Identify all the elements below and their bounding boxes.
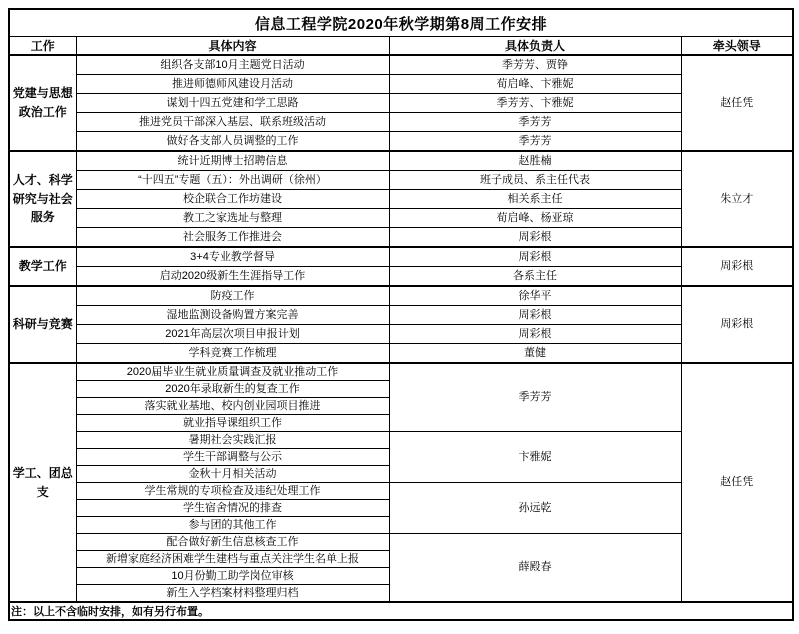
- leader-cell: 周彩根: [681, 247, 793, 286]
- leader-cell: 赵任凭: [681, 55, 793, 151]
- task-content-cell: 防疫工作: [76, 286, 389, 306]
- task-content-cell: 学生常规的专项检查及违纪处理工作: [76, 483, 389, 500]
- task-content-cell: 金秋十月相关活动: [76, 466, 389, 483]
- person-cell: 周彩根: [389, 306, 681, 325]
- table-row: 学科竞赛工作梳理董健: [9, 344, 793, 364]
- person-cell: 季芳芳: [389, 113, 681, 132]
- table-row: 湿地监测设备购置方案完善周彩根: [9, 306, 793, 325]
- table-row: 学生常规的专项检查及违纪处理工作孙远乾: [9, 483, 793, 500]
- person-cell: 徐华平: [389, 286, 681, 306]
- footnote: 注：以上不含临时安排，如有另行布置。: [9, 602, 793, 620]
- table-row: 学工、团总支2020届毕业生就业质量调查及就业推动工作季芳芳赵任凭: [9, 363, 793, 381]
- person-cell: 孙远乾: [389, 483, 681, 534]
- person-cell: 季芳芳: [389, 132, 681, 152]
- task-content-cell: 就业指导课组织工作: [76, 415, 389, 432]
- person-cell: 周彩根: [389, 247, 681, 267]
- task-content-cell: 参与团的其他工作: [76, 517, 389, 534]
- person-cell: 董健: [389, 344, 681, 364]
- table-row: 人才、科学研究与社会服务统计近期博士招聘信息赵胜楠朱立才: [9, 151, 793, 171]
- task-content-cell: 10月份勤工助学岗位审核: [76, 568, 389, 585]
- table-row: 2021年高层次项目申报计划周彩根: [9, 325, 793, 344]
- person-cell: 季芳芳、卞雅妮: [389, 94, 681, 113]
- column-header-person: 具体负责人: [389, 37, 681, 56]
- section-label-cell: 教学工作: [9, 247, 76, 286]
- note-row: 注：以上不含临时安排，如有另行布置。: [9, 602, 793, 620]
- task-content-cell: “十四五”专题（五）：外出调研（徐州）: [76, 171, 389, 190]
- task-content-cell: 新生入学档案材料整理归档: [76, 585, 389, 603]
- person-cell: 相关系主任: [389, 190, 681, 209]
- table-row: 做好各支部人员调整的工作季芳芳: [9, 132, 793, 152]
- table-row: 推进师德师风建设月活动荀启峰、卞雅妮: [9, 75, 793, 94]
- task-content-cell: 2020届毕业生就业质量调查及就业推动工作: [76, 363, 389, 381]
- person-cell: 季芳芳: [389, 363, 681, 432]
- person-cell: 荀启峰、卞雅妮: [389, 75, 681, 94]
- table-row: 教学工作3+4专业教学督导周彩根周彩根: [9, 247, 793, 267]
- task-content-cell: 学生干部调整与公示: [76, 449, 389, 466]
- leader-cell: 周彩根: [681, 286, 793, 363]
- table-row: 科研与竞赛防疫工作徐华平周彩根: [9, 286, 793, 306]
- column-header-content: 具体内容: [76, 37, 389, 56]
- section-label-cell: 人才、科学研究与社会服务: [9, 151, 76, 247]
- table-row: 谋划十四五党建和学工思路季芳芳、卞雅妮: [9, 94, 793, 113]
- table-row: “十四五”专题（五）：外出调研（徐州）班子成员、系主任代表: [9, 171, 793, 190]
- task-content-cell: 暑期社会实践汇报: [76, 432, 389, 449]
- task-content-cell: 社会服务工作推进会: [76, 228, 389, 248]
- task-content-cell: 组织各支部10月主题党日活动: [76, 55, 389, 75]
- table-row: 推进党员干部深入基层、联系班级活动季芳芳: [9, 113, 793, 132]
- task-content-cell: 学生宿舍情况的排查: [76, 500, 389, 517]
- person-cell: 赵胜楠: [389, 151, 681, 171]
- task-content-cell: 2021年高层次项目申报计划: [76, 325, 389, 344]
- table-title: 信息工程学院2020年秋学期第8周工作安排: [9, 9, 793, 37]
- task-content-cell: 3+4专业教学督导: [76, 247, 389, 267]
- task-content-cell: 做好各支部人员调整的工作: [76, 132, 389, 152]
- section-label-cell: 科研与竞赛: [9, 286, 76, 363]
- table-row: 配合做好新生信息核查工作薛殿春: [9, 534, 793, 551]
- person-cell: 卞雅妮: [389, 432, 681, 483]
- task-content-cell: 启动2020级新生生涯指导工作: [76, 267, 389, 287]
- leader-cell: 朱立才: [681, 151, 793, 247]
- section-label-cell: 党建与思想政治工作: [9, 55, 76, 151]
- table-row: 教工之家选址与整理荀启峰、杨亚琼: [9, 209, 793, 228]
- task-content-cell: 教工之家选址与整理: [76, 209, 389, 228]
- column-header-row: 工作 具体内容 具体负责人 牵头领导: [9, 37, 793, 56]
- task-content-cell: 新增家庭经济困难学生建档与重点关注学生名单上报: [76, 551, 389, 568]
- person-cell: 薛殿春: [389, 534, 681, 603]
- person-cell: 班子成员、系主任代表: [389, 171, 681, 190]
- table-row: 党建与思想政治工作组织各支部10月主题党日活动季芳芳、贾铮赵任凭: [9, 55, 793, 75]
- person-cell: 荀启峰、杨亚琼: [389, 209, 681, 228]
- person-cell: 各系主任: [389, 267, 681, 287]
- table-row: 校企联合工作坊建设相关系主任: [9, 190, 793, 209]
- task-content-cell: 落实就业基地、校内创业园项目推进: [76, 398, 389, 415]
- work-schedule-table: 信息工程学院2020年秋学期第8周工作安排 工作 具体内容 具体负责人 牵头领导…: [8, 8, 794, 621]
- person-cell: 季芳芳、贾铮: [389, 55, 681, 75]
- task-content-cell: 统计近期博士招聘信息: [76, 151, 389, 171]
- column-header-work: 工作: [9, 37, 76, 56]
- table-body: 党建与思想政治工作组织各支部10月主题党日活动季芳芳、贾铮赵任凭推进师德师风建设…: [9, 55, 793, 602]
- table-row: 暑期社会实践汇报卞雅妮: [9, 432, 793, 449]
- table-row: 启动2020级新生生涯指导工作各系主任: [9, 267, 793, 287]
- title-row: 信息工程学院2020年秋学期第8周工作安排: [9, 9, 793, 37]
- column-header-leader: 牵头领导: [681, 37, 793, 56]
- person-cell: 周彩根: [389, 325, 681, 344]
- task-content-cell: 配合做好新生信息核查工作: [76, 534, 389, 551]
- section-label-cell: 学工、团总支: [9, 363, 76, 602]
- task-content-cell: 学科竞赛工作梳理: [76, 344, 389, 364]
- task-content-cell: 推进党员干部深入基层、联系班级活动: [76, 113, 389, 132]
- table-row: 社会服务工作推进会周彩根: [9, 228, 793, 248]
- person-cell: 周彩根: [389, 228, 681, 248]
- task-content-cell: 湿地监测设备购置方案完善: [76, 306, 389, 325]
- task-content-cell: 推进师德师风建设月活动: [76, 75, 389, 94]
- task-content-cell: 校企联合工作坊建设: [76, 190, 389, 209]
- document-page: 信息工程学院2020年秋学期第8周工作安排 工作 具体内容 具体负责人 牵头领导…: [0, 0, 799, 634]
- leader-cell: 赵任凭: [681, 363, 793, 602]
- task-content-cell: 谋划十四五党建和学工思路: [76, 94, 389, 113]
- task-content-cell: 2020年录取新生的复查工作: [76, 381, 389, 398]
